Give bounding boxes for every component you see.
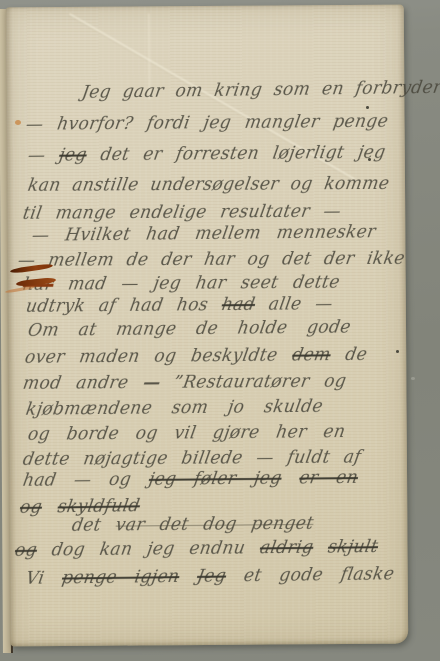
- handwriting-segment: var det dog penget: [114, 514, 315, 536]
- handwriting-segment: det er forresten løjerligt jeg: [85, 143, 387, 166]
- orange-freckle: [15, 120, 21, 125]
- handwriting-segment: had: [220, 295, 257, 315]
- handwriting-line: og borde og vil gjøre her en: [26, 422, 347, 445]
- ink-period-dot: [366, 106, 369, 109]
- handwriting-line: og dog kan jeg endnu aldrig skjult: [13, 537, 379, 561]
- handwriting-segment: til mange endelige resultater —: [21, 202, 342, 224]
- handwriting-line: — mellem de der har og det der ikke: [16, 249, 406, 271]
- handwriting-segment: dette nøjagtige billede — fuldt af: [21, 448, 362, 470]
- handwriting-segment: Jeg: [195, 567, 227, 587]
- handwriting-line: Jeg gaar om kring som en forbryder: [80, 78, 440, 103]
- handwriting-segment: dem: [291, 345, 333, 365]
- handwriting-segment: Vi: [24, 569, 63, 589]
- handwriting-line: til mange endelige resultater —: [21, 202, 342, 224]
- handwriting-line: Om at mange de holde gode: [26, 318, 352, 341]
- handwriting-line: har mad — jeg har seet dette: [21, 273, 341, 295]
- handwriting-line: kjøbmændene som jo skulde: [24, 397, 324, 420]
- handwriting-line: over maden og beskyldte dem de: [23, 345, 368, 368]
- handwriting-segment: udtryk af had hos: [24, 295, 223, 317]
- handwriting-segment: — Hvilket had mellem mennesker: [30, 222, 377, 246]
- handwriting-segment: skjult: [326, 537, 379, 558]
- handwriting-segment: Om at mange de holde gode: [26, 318, 352, 341]
- handwriting-segment: mad — jeg har seet dette: [52, 273, 342, 295]
- handwriting-segment: dog kan jeg endnu: [35, 538, 261, 560]
- handwriting-segment: aldrig: [258, 538, 315, 559]
- handwriting-segment: de: [329, 345, 369, 365]
- handwriting-segment: over maden og beskyldte: [23, 346, 294, 368]
- handwriting-segment: er en: [298, 468, 360, 489]
- handwriting-segment: —: [26, 146, 61, 166]
- handwriting-line: det var det dog penget: [70, 514, 315, 536]
- handwriting-segment: penge igjen: [60, 567, 181, 588]
- scanned-manuscript: Jeg gaar om kring som en forbryder— hvor…: [0, 0, 440, 661]
- handwriting-segment: had — og: [21, 470, 150, 491]
- handwriting-segment: kan anstille undersøgelser og komme: [26, 174, 391, 196]
- handwriting-line: kan anstille undersøgelser og komme: [26, 174, 391, 196]
- handwriting-segment: skyldfuld: [56, 496, 141, 517]
- handwriting-segment: — hvorfor? fordi jeg mangler penge: [24, 112, 389, 135]
- handwriting-line: mod andre — ”Restauratører og: [21, 372, 348, 394]
- handwriting-segment: et gode flaske: [224, 564, 395, 586]
- ink-period-dot: [396, 350, 399, 353]
- handwriting-line: had — og jeg føler jeg er en: [21, 468, 359, 491]
- handwriting-line: Vi penge igjen Jeg et gode flaske: [24, 564, 395, 589]
- handwriting-segment: jeg føler jeg: [147, 469, 283, 490]
- handwriting-line: — hvorfor? fordi jeg mangler penge: [24, 112, 389, 135]
- handwriting-segment: Jeg gaar om kring som en forbryder: [80, 78, 440, 103]
- handwriting-segment: og borde og vil gjøre her en: [26, 422, 347, 445]
- handwriting-segment: det: [70, 516, 117, 536]
- handwriting-layer: Jeg gaar om kring som en forbryder— hvor…: [0, 0, 440, 661]
- handwriting-line: udtryk af had hos had alle —: [24, 294, 334, 317]
- handwriting-line: — jeg det er forresten løjerligt jeg: [26, 143, 387, 166]
- handwriting-segment: kjøbmændene som jo skulde: [24, 397, 324, 420]
- handwriting-segment: — mellem de der har og det der ikke: [16, 249, 406, 271]
- handwriting-line: — Hvilket had mellem mennesker: [30, 222, 377, 246]
- handwriting-line: dette nøjagtige billede — fuldt af: [21, 448, 362, 470]
- handwriting-segment: ”Restauratører og: [158, 372, 348, 393]
- ink-period-dot: [368, 158, 371, 161]
- background-speck: [411, 377, 415, 380]
- handwriting-segment: jeg: [58, 145, 89, 165]
- handwriting-segment: alle —: [253, 294, 334, 315]
- handwriting-segment: mod andre: [21, 373, 145, 394]
